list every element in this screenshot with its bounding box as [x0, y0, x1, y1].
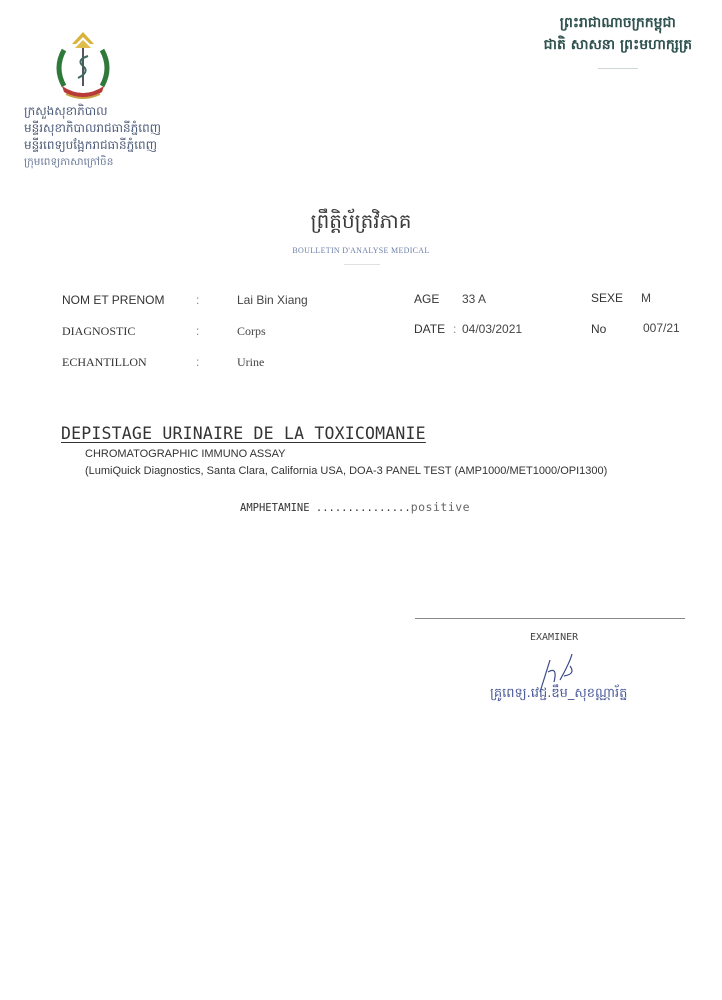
test-kit: (LumiQuick Diagnostics, Santa Clara, Cal… [85, 465, 607, 477]
patient-name: Lai Bin Xiang [237, 293, 308, 307]
motto-line: ជាតិ សាសនា ព្រះមហាក្សត្រ [544, 34, 692, 56]
date-label: DATE [414, 322, 445, 336]
diagnostic-value: Corps [237, 324, 266, 339]
ministry-line: មន្ទីរសុខាភិបាលរាជធានីភ្នំពេញ [24, 120, 161, 137]
signature-line [415, 618, 685, 619]
sex-label: SEXE [591, 291, 623, 305]
ornament-divider [598, 68, 638, 69]
kingdom-motto: ព្រះរាជាណាចក្រកម្ពុជា ជាតិ សាសនា ព្រះមហា… [544, 12, 692, 69]
result-analyte: AMPHETAMINE [240, 502, 310, 514]
name-label: NOM ET PRENOM [62, 293, 164, 307]
colon: : [196, 293, 199, 307]
result-row: AMPHETAMINE ...............positive [240, 500, 470, 514]
colon: : [196, 324, 199, 338]
sample-value: Urine [237, 355, 264, 370]
examiner-name: គ្រូពេទ្យ.វេជ្ជ.ឌឹម_សុខណ្ណារ័ត្ន [490, 685, 627, 704]
number-label: No [591, 322, 606, 336]
colon: : [196, 355, 199, 369]
ministry-line: មន្ទីរពេទ្យបង្អែករាជធានីភ្នំពេញ [24, 137, 161, 154]
number-value: 007/21 [643, 321, 680, 335]
date-value: 04/03/2021 [462, 322, 522, 336]
document-title-french: BOULLETIN D'ANALYSE MEDICAL [0, 246, 722, 255]
sample-label: ECHANTILLON [62, 355, 147, 370]
result-value: positive [411, 500, 470, 514]
age-value: 33 A [462, 292, 486, 306]
ministry-line: ក្រុមពេទ្យភាសាក្រៅចិន [24, 154, 161, 171]
ministry-line: ក្រសួងសុខាភិបាល [24, 103, 161, 120]
test-heading: DEPISTAGE URINAIRE DE LA TOXICOMANIE [61, 424, 426, 443]
colon: : [453, 322, 456, 336]
ministry-emblem-icon [52, 28, 114, 102]
examiner-label: EXAMINER [530, 632, 578, 643]
result-leader: ............... [316, 502, 411, 514]
ministry-header: ក្រសួងសុខាភិបាល មន្ទីរសុខាភិបាលរាជធានីភ្… [24, 103, 161, 171]
kingdom-line: ព្រះរាជាណាចក្រកម្ពុជា [544, 12, 692, 34]
test-method: CHROMATOGRAPHIC IMMUNO ASSAY [85, 448, 285, 460]
document-title-khmer: ព្រឹត្តិប័ត្រវិភាគ [0, 208, 722, 238]
diagnostic-label: DIAGNOSTIC [62, 324, 135, 339]
age-label: AGE [414, 292, 439, 306]
title-divider [344, 264, 380, 265]
sex-value: M [641, 291, 651, 305]
